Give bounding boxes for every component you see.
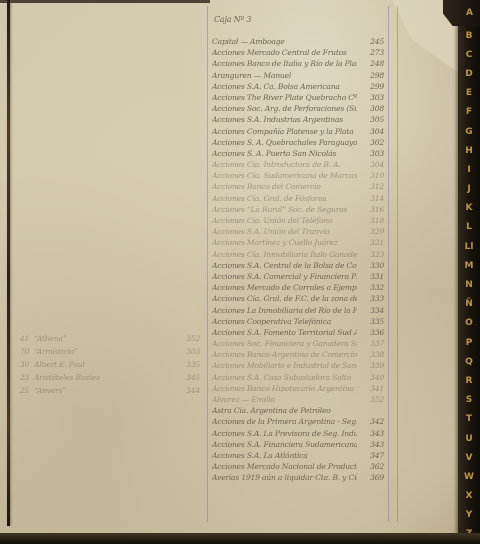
ledger-row: Acciones Mercado Central de Frutos273 [212,48,384,59]
entry-name: Acciones de la Primera Argentina - Seg. … [212,417,357,426]
ledger-row: Acciones S.A. Industrias Argentinas305 [212,115,384,126]
page-number-rule-2 [397,6,398,522]
side-entry-name: “Armisticio” [34,347,174,356]
tab-letter-E: E [458,84,480,103]
entry-page-number: 369 [357,473,384,482]
entry-page-number: 362 [357,462,384,471]
entry-page-number: 343 [357,429,384,438]
entry-page-number: 299 [357,82,384,91]
entry-name: Acciones S.A. Ca. Bolsa Americana [212,82,357,91]
entry-name: Acciones “La Rural” Soc. de Seguros [212,205,357,214]
side-ledger-row: 41“Athena”352 [20,334,200,347]
entry-name: Acciones S.A. La Previsora de Seg. Indus… [212,429,357,438]
side-entry-page-number: 344 [174,386,200,395]
tab-letter-O: O [458,314,480,333]
entry-name: Acciones S.A. Casa Subastadora Salto [212,373,357,382]
entry-name: Acciones Banco Argentino de Comercio [212,350,357,359]
entry-name: Acciones Cía. Inmobiliaria Ítalo Ganader… [212,250,357,259]
entry-page-number: 340 [357,373,384,382]
entry-page-number: 352 [357,395,384,404]
side-ledger-row: 70“Armisticio”303 [20,347,200,360]
page-title: Caja Nº 3 [214,15,251,24]
entry-page-number: 330 [357,261,384,270]
ledger-row: Acciones Cía. Gral. de F.C. de la zona d… [212,294,384,305]
side-entry-name: “Athena” [34,334,174,343]
margin-rule-left [207,6,208,522]
side-ledger-row: 23Aristóteles Bastes345 [20,373,200,386]
entry-name: Acciones S.A. Fomento Territorial Sud Am… [212,328,357,337]
alphabet-tab-strip: BCDEFGHIJKLLlMNÑOPQRSTUVWXYZ [458,0,480,544]
ledger-row: Acciones S.A. Financiera Sudamericana343 [212,440,384,451]
ledger-row: Acciones The River Plate Quebracho Cº303 [212,93,384,104]
ledger-row: Acciones S.A. La Previsora de Seg. Indus… [212,429,384,440]
entry-name: Aranguren — Manuel [212,71,357,80]
tab-letter-Y: Y [458,506,480,525]
ledger-row: Acciones S.A. Comercial y Financiera Pla… [212,272,384,283]
side-entry-ref: 70 [20,347,34,356]
ledger-row: Acciones Cía. Inmobiliaria Ítalo Ganader… [212,250,384,261]
entry-page-number: 342 [357,417,384,426]
tab-letter-T: T [458,410,480,429]
entry-page-number: 321 [357,238,384,247]
side-entry-ref: 41 [20,334,34,343]
tab-letter-D: D [458,64,480,83]
entry-page-number: 273 [357,48,384,57]
entry-name: Acciones The River Plate Quebracho Cº [212,93,357,102]
ledger-row: Astra Cía. Argentina de Petróleo [212,406,384,417]
entry-page-number: 312 [357,182,384,191]
entry-page-number: 339 [357,361,384,370]
alphabet-tab-list: BCDEFGHIJKLLlMNÑOPQRSTUVWXYZ [458,26,480,544]
entry-name: Acciones Martínez y Cuello Juárez [212,238,357,247]
tab-letter-W: W [458,467,480,486]
entry-name: Acciones S.A. La Atlántica [212,451,357,460]
entry-name: Averías 1919 aún a liquidar Cta. B. y Cí… [212,473,357,482]
ledger-row: Acciones Banco Argentino de Comercio338 [212,350,384,361]
entry-name: Acciones Cía. Gral. de F.C. de la zona d… [212,294,357,303]
entry-page-number: 331 [357,272,384,281]
entry-name: Acciones La Inmobiliaria del Río de la P… [212,306,357,315]
ledger-row: Acciones Soc. Arg. de Perforaciones (Sus… [212,104,384,115]
ledger-row: Acciones Mobiliario e Industrial de Sant… [212,361,384,372]
entry-page-number: 305 [357,115,384,124]
ledger-row: Acciones S.A. Central de la Bolsa de Com… [212,261,384,272]
entry-name: Capital — Amboage [212,37,357,46]
entry-name: Acciones S.A. Industrias Argentinas [212,115,357,124]
tab-letter-Ll: Ll [458,237,480,256]
tab-letter-L: L [458,218,480,237]
tab-letter-J: J [458,180,480,199]
entry-page-number: 341 [357,384,384,393]
tab-letter-V: V [458,448,480,467]
tab-letter-B: B [458,26,480,45]
entry-name: Acciones Soc. Arg. de Perforaciones (Sus… [212,104,357,113]
side-ledger-row: 30Albert E. Paul335 [20,360,200,373]
ledger-row: Acciones Mercado de Corrales a Ejemplare… [212,283,384,294]
side-entry-name: “Anvers” [34,386,174,395]
side-entry-ref: 30 [20,360,34,369]
entry-name: Acciones S.A. Financiera Sudamericana [212,440,357,449]
entry-name: Acciones Cía. Unión del Teléfono [212,216,357,225]
side-entry-ref: 25 [20,386,34,395]
entry-name: Acciones Banco del Comercio [212,182,357,191]
entry-page-number: 337 [357,339,384,348]
tab-letter-I: I [458,160,480,179]
entry-name: Acciones S. A. Quebrachales Paraguayos [212,138,357,147]
entry-page-number: 298 [357,71,384,80]
ledger-row: Acciones S.A. Casa Subastadora Salto340 [212,373,384,384]
entry-name: Acciones Banco de Italia y Río de la Pla… [212,59,357,68]
entry-page-number: 323 [357,250,384,259]
ledger-row: Acciones “La Rural” Soc. de Seguros316 [212,205,384,216]
tab-letter-C: C [458,45,480,64]
entry-name: Acciones S. A. Puerto San Nicolás [212,149,357,158]
page-top-edge [0,0,210,3]
entry-name: Acciones S.A. Comercial y Financiera Pla… [212,272,357,281]
entry-page-number: 310 [357,171,384,180]
side-entry-page-number: 335 [174,360,200,369]
tab-letter-A-label: A [466,8,473,18]
entry-page-number: 347 [357,451,384,460]
entry-page-number: 303 [357,93,384,102]
side-entry-page-number: 303 [174,347,200,356]
entry-page-number: 308 [357,104,384,113]
page-number-rule-1 [388,6,389,522]
ledger-row: Acciones Martínez y Cuello Juárez321 [212,238,384,249]
tab-letter-P: P [458,333,480,352]
entry-name: Acciones Cía. Gral. de Fósforos [212,194,357,203]
entry-page-number: 304 [357,160,384,169]
entry-page-number: 320 [357,227,384,236]
ledger-page: Caja Nº 3 Capital — Amboage245Acciones M… [0,0,480,534]
entry-page-number: 335 [357,317,384,326]
binding-crack [7,0,10,526]
entry-name: Acciones Compañía Platense y la Plata [212,127,357,136]
ledger-row: Acciones Banco de Italia y Río de la Pla… [212,59,384,70]
ledger-row: Acciones S. A. Quebrachales Paraguayos30… [212,138,384,149]
tab-letter-R: R [458,371,480,390]
entry-page-number: 343 [357,440,384,449]
entry-name: Acciones S.A. Central de la Bolsa de Com… [212,261,357,270]
entry-page-number: 302 [357,138,384,147]
entry-page-number: 338 [357,350,384,359]
side-entry-page-number: 345 [174,373,200,382]
ledger-row: Acciones Cía. Introductora de B. A.304 [212,160,384,171]
tab-letter-K: K [458,199,480,218]
ledger-row: Acciones S.A. Unión del Tranvía320 [212,227,384,238]
tab-letter-N: N [458,275,480,294]
ledger-row: Acciones S.A. Fomento Territorial Sud Am… [212,328,384,339]
ledger-row: Acciones S.A. La Atlántica347 [212,451,384,462]
entry-page-number: 304 [357,127,384,136]
entry-page-number: 316 [357,205,384,214]
ledger-row: Acciones Soc. Financiera y Ganadera Sud … [212,339,384,350]
side-entry-name: Aristóteles Bastes [34,373,174,382]
entry-page-number: 303 [357,149,384,158]
side-ledger-row: 25“Anvers”344 [20,386,200,399]
entry-page-number: 248 [357,59,384,68]
ledger-row: Acciones Cía. Unión del Teléfono318 [212,216,384,227]
entry-page-number: 318 [357,216,384,225]
ledger-row: Acciones Cooperativa Telefónica335 [212,317,384,328]
entry-name: Acciones Mercado Nacional de Productos S… [212,462,357,471]
entry-page-number: 334 [357,306,384,315]
entry-name: Acciones Cooperativa Telefónica [212,317,357,326]
tab-letter-H: H [458,141,480,160]
tab-letter-G: G [458,122,480,141]
ledger-row: Acciones S. A. Puerto San Nicolás303 [212,149,384,160]
entry-name: Acciones Mercado Central de Frutos [212,48,357,57]
ledger-row: Acciones Cía. Sudamericana de Marcas (ho… [212,171,384,182]
ledger-row: Acciones Cía. Gral. de Fósforos314 [212,194,384,205]
ledger-row: Averías 1919 aún a liquidar Cta. B. y Cí… [212,473,384,484]
ledger-rows: Capital — Amboage245Acciones Mercado Cen… [212,37,384,485]
tab-letter-Ñ: Ñ [458,295,480,314]
entry-name: Acciones Cía. Introductora de B. A. [212,160,357,169]
tab-letter-M: M [458,256,480,275]
entry-page-number: 314 [357,194,384,203]
entry-name: Alvarez — Emilio [212,395,357,404]
side-entry-ref: 23 [20,373,34,382]
tab-letter-U: U [458,429,480,448]
side-entry-page-number: 352 [174,334,200,343]
ledger-row: Acciones de la Primera Argentina - Seg. … [212,417,384,428]
ledger-row: Acciones Banco del Comercio312 [212,182,384,193]
entry-name: Acciones Soc. Financiera y Ganadera Sud … [212,339,357,348]
ledger-row: Acciones Banco Hipotecario Argentino y S… [212,384,384,395]
tab-letter-X: X [458,487,480,506]
side-entry-name: Albert E. Paul [34,360,174,369]
entry-name: Acciones Mercado de Corrales a Ejemplare… [212,283,357,292]
entry-name: Acciones S.A. Unión del Tranvía [212,227,357,236]
entry-page-number: 332 [357,283,384,292]
ledger-row: Acciones Compañía Platense y la Plata304 [212,127,384,138]
entry-page-number: 333 [357,294,384,303]
ledger-row: Aranguren — Manuel298 [212,71,384,82]
tab-letter-F: F [458,103,480,122]
ledger-row: Acciones La Inmobiliaria del Río de la P… [212,306,384,317]
ledger-row: Alvarez — Emilio352 [212,395,384,406]
entry-name: Astra Cía. Argentina de Petróleo [212,406,357,415]
entry-name: Acciones Mobiliario e Industrial de Sant… [212,361,357,370]
entry-page-number: 245 [357,37,384,46]
entry-page-number: 336 [357,328,384,337]
tab-letter-S: S [458,391,480,410]
entry-name: Acciones Cía. Sudamericana de Marcas (ho… [212,171,357,180]
ledger-side-rows: 41“Athena”35270“Armisticio”30330Albert E… [20,334,200,399]
tab-letter-Q: Q [458,352,480,371]
ledger-row: Acciones S.A. Ca. Bolsa Americana299 [212,82,384,93]
entry-name: Acciones Banco Hipotecario Argentino y S… [212,384,357,393]
ledger-row: Acciones Mercado Nacional de Productos S… [212,462,384,473]
book-bottom-edge [0,533,480,544]
ledger-row: Capital — Amboage245 [212,37,384,48]
